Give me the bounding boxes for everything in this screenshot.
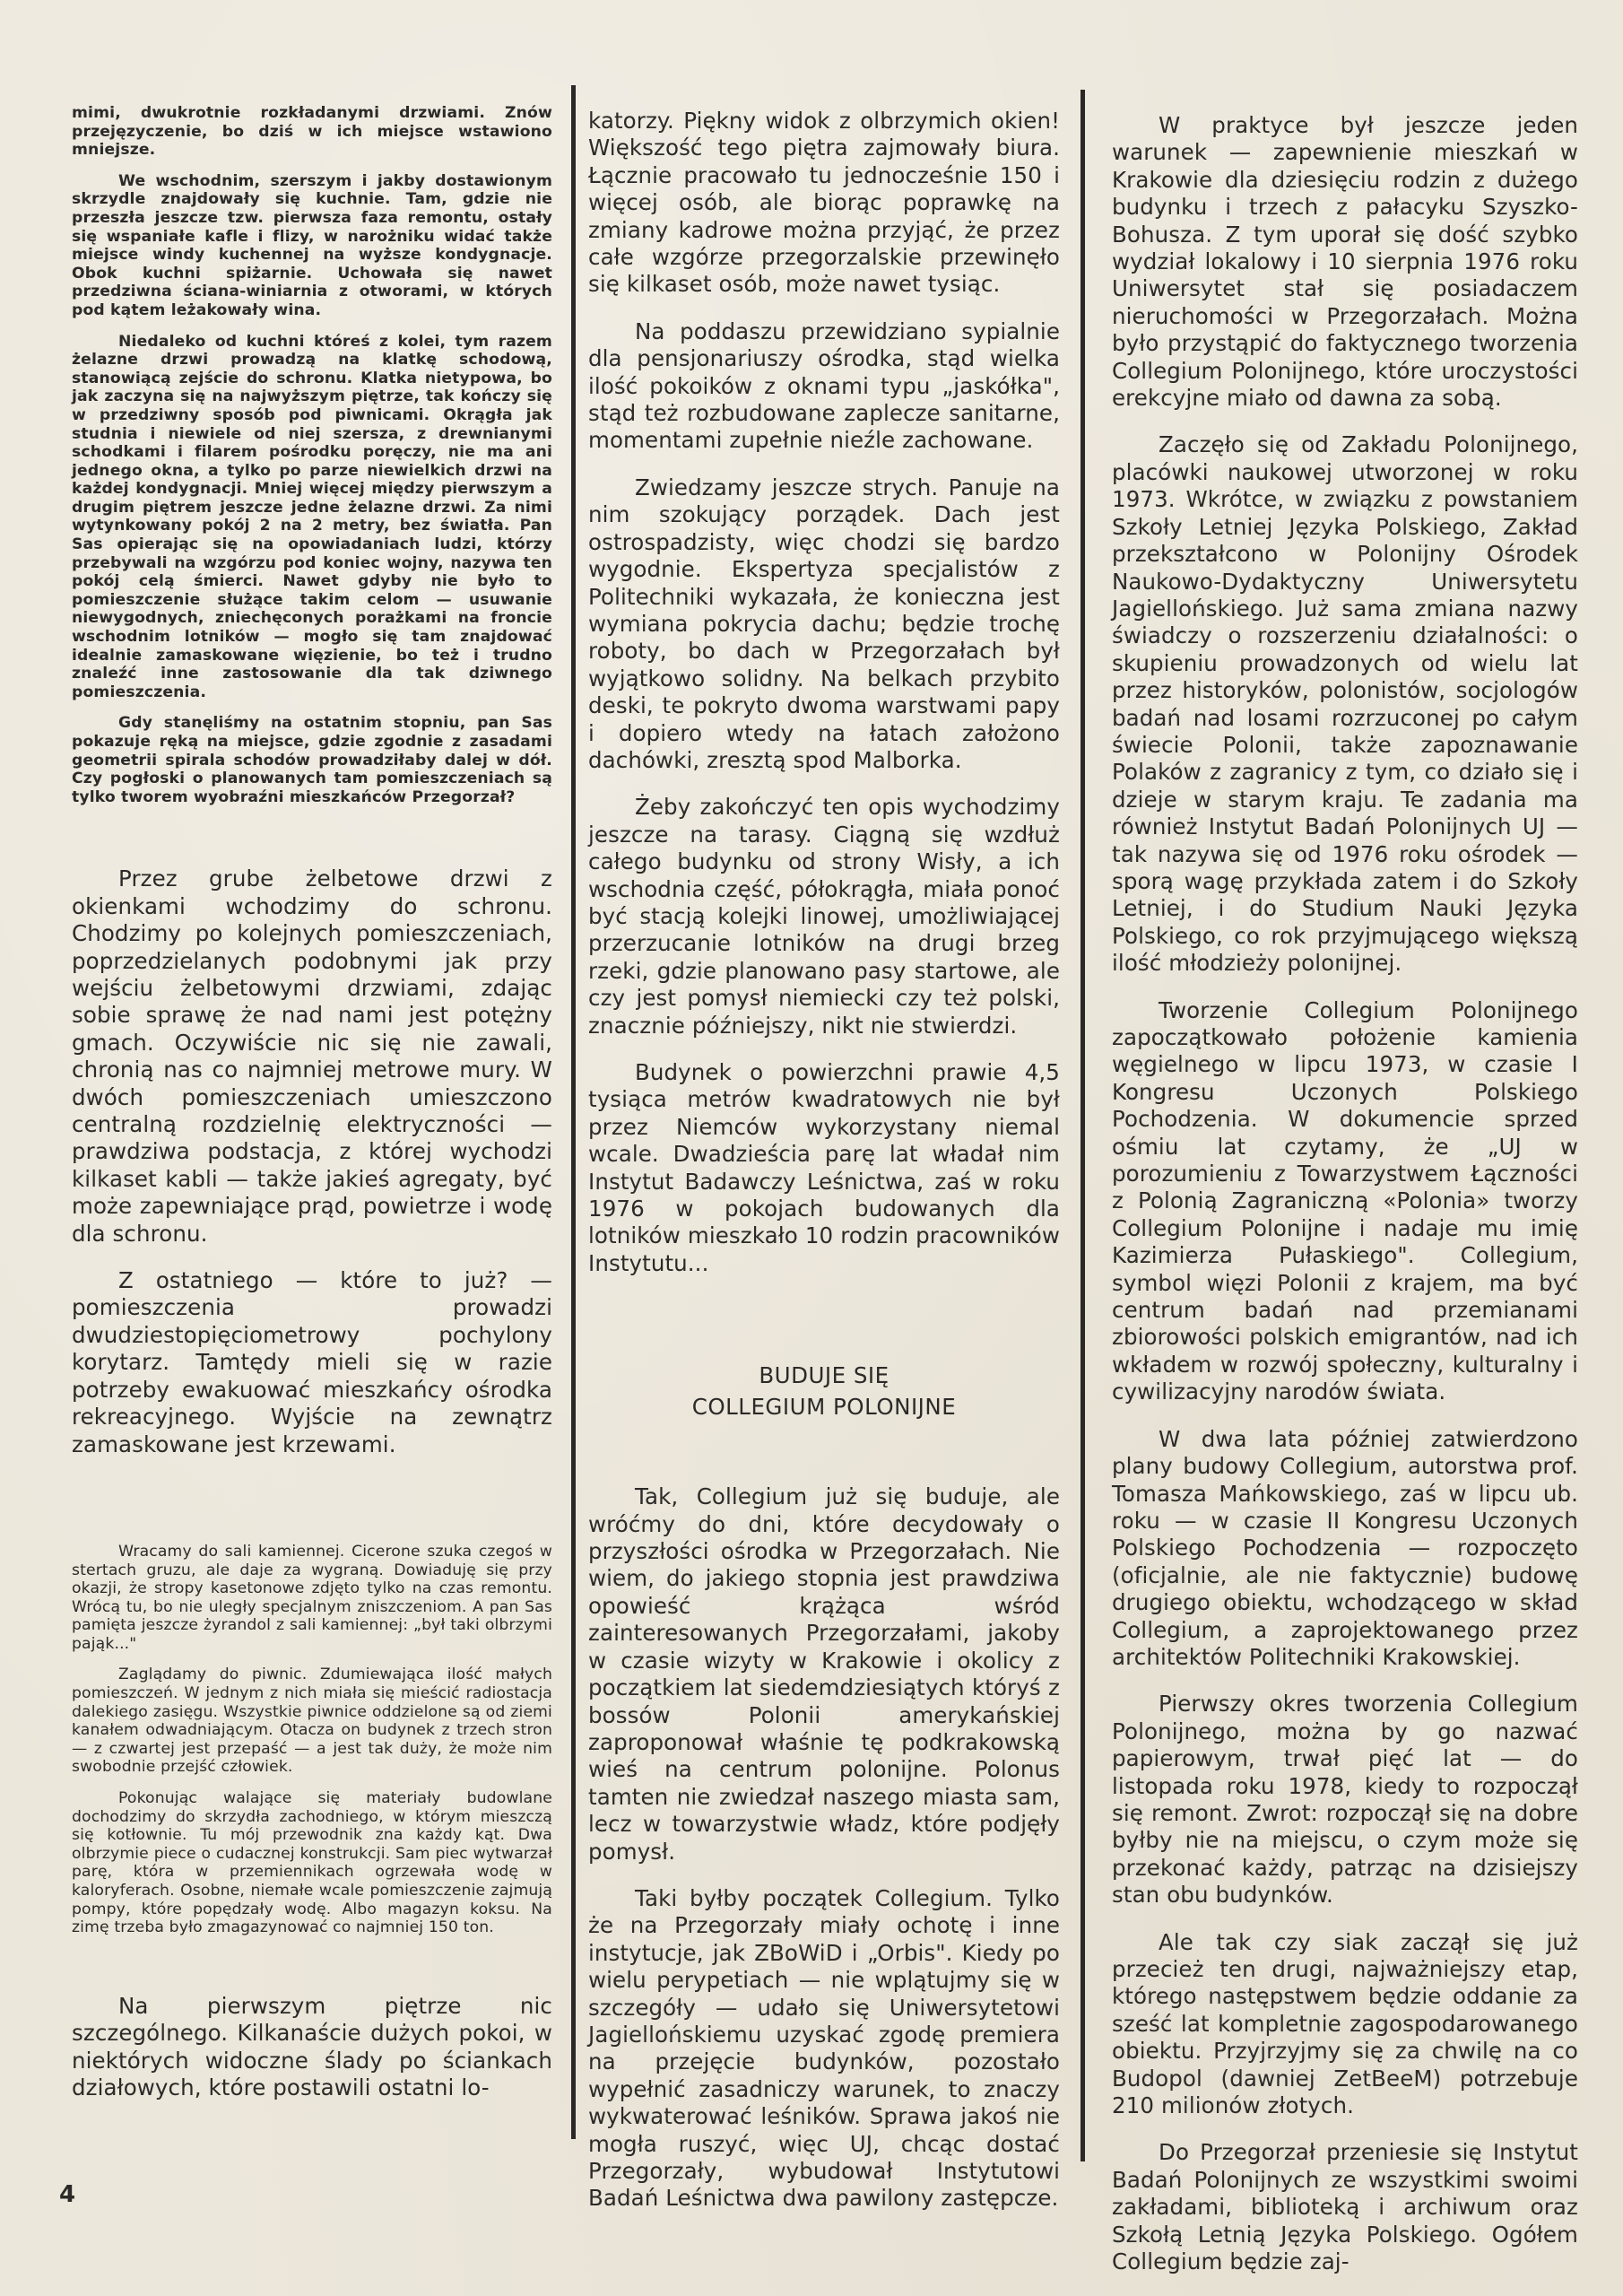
paragraph: Żeby zakończyć ten opis wychodzimy jeszc… bbox=[588, 794, 1060, 1039]
small-text-block-top: mimi, dwukrotnie rozkładanymi drzwiami. … bbox=[72, 104, 552, 806]
paragraph: Taki byłby początek Collegium. Tylko że … bbox=[588, 1885, 1060, 2213]
paragraph: Niedaleko od kuchni któreś z kolei, tym … bbox=[72, 333, 552, 702]
column-1: mimi, dwukrotnie rozkładanymi drzwiami. … bbox=[72, 104, 552, 2101]
large-text-block-bottom: Na pierwszym piętrze nic szczególnego. K… bbox=[72, 1993, 552, 2102]
column-divider-right bbox=[1081, 90, 1085, 2161]
paragraph: Zwiedzamy jeszcze strych. Panuje na nim … bbox=[588, 474, 1060, 774]
column-3: W praktyce był jeszcze jeden warunek — z… bbox=[1112, 112, 1578, 2275]
column-divider-left bbox=[571, 85, 576, 2139]
paragraph: W dwa lata później zatwierdzono plany bu… bbox=[1112, 1426, 1578, 1672]
page-number: 4 bbox=[59, 2181, 75, 2208]
paragraph: Pokonując walające się materiały budowla… bbox=[72, 1789, 552, 1937]
paragraph: mimi, dwukrotnie rozkładanymi drzwiami. … bbox=[72, 104, 552, 160]
paragraph: Pierwszy okres tworzenia Collegium Polon… bbox=[1112, 1691, 1578, 1909]
paragraph: Na pierwszym piętrze nic szczególnego. K… bbox=[72, 1993, 552, 2102]
paragraph: Z ostatniego — które to już? — pomieszcz… bbox=[72, 1267, 552, 1458]
paragraph: Na poddaszu przewidziano sypialnie dla p… bbox=[588, 318, 1060, 455]
large-text-block-middle: Przez grube żelbetowe drzwi z okienkami … bbox=[72, 865, 552, 1458]
section-heading-line-1: BUDUJE SIĘ bbox=[588, 1360, 1060, 1391]
paragraph: We wschodnim, szerszym i jakby dostawion… bbox=[72, 172, 552, 320]
paragraph: W praktyce był jeszcze jeden warunek — z… bbox=[1112, 112, 1578, 412]
paragraph: Tworzenie Collegium Polonijnego zapocząt… bbox=[1112, 997, 1578, 1406]
paragraph: Zaglądamy do piwnic. Zdumiewająca ilość … bbox=[72, 1665, 552, 1777]
paragraph: Zaczęło się od Zakładu Polonijnego, plac… bbox=[1112, 431, 1578, 977]
paragraph: Gdy stanęliśmy na ostatnim stopniu, pan … bbox=[72, 714, 552, 806]
small-text-block-bottom: Wracamy do sali kamiennej. Cicerone szuk… bbox=[72, 1543, 552, 1937]
section-heading: BUDUJE SIĘ COLLEGIUM POLONIJNE bbox=[588, 1360, 1060, 1422]
column-2: katorzy. Piękny widok z olbrzymich okien… bbox=[588, 108, 1060, 2213]
paragraph: Tak, Collegium już się buduje, ale wróćm… bbox=[588, 1483, 1060, 1865]
paragraph: Budynek o powierzchni prawie 4,5 tysiąca… bbox=[588, 1059, 1060, 1277]
magazine-page: mimi, dwukrotnie rozkładanymi drzwiami. … bbox=[0, 0, 1623, 2296]
paragraph: Wracamy do sali kamiennej. Cicerone szuk… bbox=[72, 1543, 552, 1654]
paragraph: Do Przegorzał przeniesie się Instytut Ba… bbox=[1112, 2139, 1578, 2275]
paragraph: Ale tak czy siak zaczął się już przecież… bbox=[1112, 1929, 1578, 2120]
paragraph: Przez grube żelbetowe drzwi z okienkami … bbox=[72, 865, 552, 1248]
paragraph: katorzy. Piękny widok z olbrzymich okien… bbox=[588, 108, 1060, 299]
section-heading-line-2: COLLEGIUM POLONIJNE bbox=[588, 1391, 1060, 1422]
